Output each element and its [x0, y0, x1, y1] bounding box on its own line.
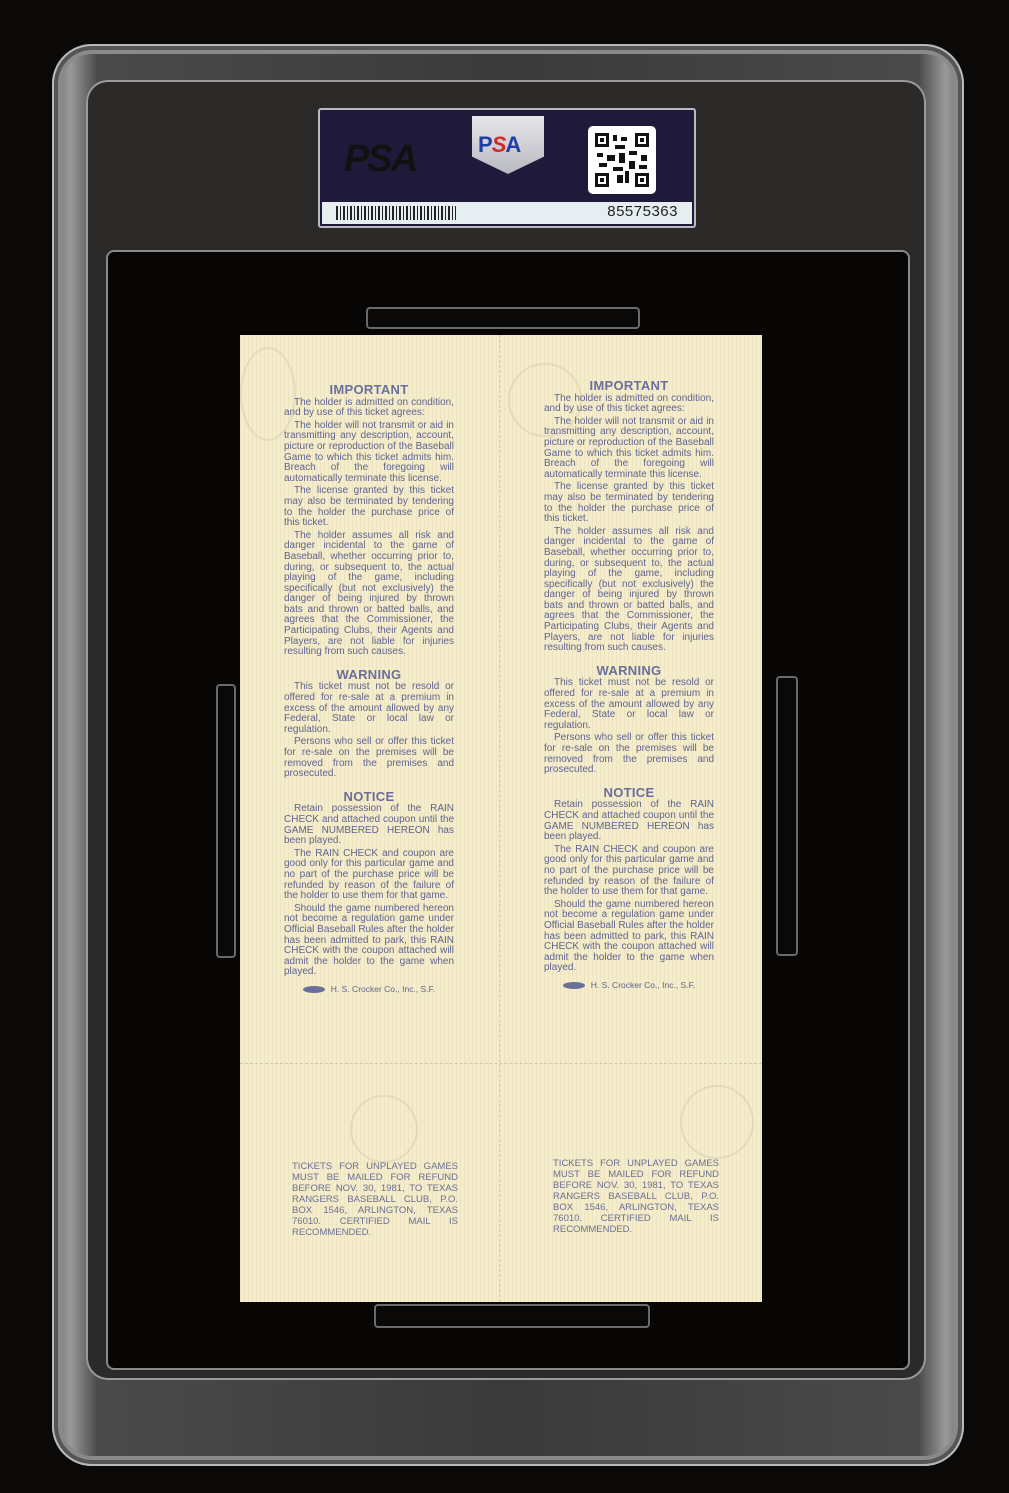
eagle-seal-watermark — [680, 1085, 754, 1159]
notice-paragraph: The RAIN CHECK and coupon are good only … — [284, 849, 454, 902]
printer-credit: H. S. Crocker Co., Inc., S.F. — [544, 980, 714, 991]
psa-watermark-logo: PSA — [344, 138, 416, 181]
psa-label: PSA PSA 85575363 — [318, 108, 696, 228]
warning-paragraph: Persons who sell or offer this ticket fo… — [284, 737, 454, 779]
notice-paragraph: The RAIN CHECK and coupon are good only … — [544, 845, 714, 898]
printer-logo-icon — [303, 986, 325, 993]
important-paragraph: The holder is admitted on condition, and… — [544, 394, 714, 415]
important-paragraph: The holder is admitted on condition, and… — [284, 398, 454, 419]
stub-right-terms: IMPORTANT The holder is admitted on cond… — [544, 381, 714, 990]
notice-paragraph: Retain possession of the RAIN CHECK and … — [544, 800, 714, 842]
warning-heading: WARNING — [284, 670, 454, 681]
printer-name: H. S. Crocker Co., Inc., S.F. — [591, 980, 695, 990]
warning-paragraph: This ticket must not be resold or offere… — [544, 678, 714, 731]
important-paragraph: The license granted by this ticket may a… — [544, 482, 714, 524]
ticket-back: IMPORTANT The holder is admitted on cond… — [240, 335, 762, 1302]
warning-paragraph: Persons who sell or offer this ticket fo… — [544, 733, 714, 775]
refund-notice-left: Tickets for unplayed games must be maile… — [292, 1161, 458, 1238]
important-paragraph: The holder assumes all risk and danger i… — [284, 531, 454, 658]
refund-notice-right: Tickets for unplayed games must be maile… — [553, 1158, 719, 1235]
warning-paragraph: This ticket must not be resold or offere… — [284, 682, 454, 735]
qr-code-icon[interactable] — [588, 126, 656, 194]
notice-paragraph: Should the game numbered hereon not beco… — [284, 904, 454, 978]
important-heading: IMPORTANT — [284, 385, 454, 396]
stub-left-terms: IMPORTANT The holder is admitted on cond… — [284, 385, 454, 994]
psa-shield-logo-icon: PSA — [472, 116, 544, 174]
label-barcode-strip: 85575363 — [322, 202, 692, 224]
notice-paragraph: Should the game numbered hereon not beco… — [544, 900, 714, 974]
barcode-icon — [336, 206, 456, 220]
printer-name: H. S. Crocker Co., Inc., S.F. — [331, 984, 435, 994]
printer-credit: H. S. Crocker Co., Inc., S.F. — [284, 984, 454, 995]
perforation-horizontal — [240, 1063, 762, 1064]
notice-paragraph: Retain possession of the RAIN CHECK and … — [284, 804, 454, 846]
seal-watermark — [350, 1095, 418, 1163]
cert-number: 85575363 — [607, 203, 678, 220]
left-rail — [216, 684, 236, 958]
important-paragraph: The license granted by this ticket may a… — [284, 486, 454, 528]
right-rail — [776, 676, 798, 956]
important-paragraph: The holder will not transmit or aid in t… — [544, 417, 714, 481]
important-heading: IMPORTANT — [544, 381, 714, 392]
important-paragraph: The holder assumes all risk and danger i… — [544, 527, 714, 654]
top-rail — [366, 307, 640, 329]
important-paragraph: The holder will not transmit or aid in t… — [284, 421, 454, 485]
notice-heading: NOTICE — [544, 788, 714, 799]
printer-logo-icon — [563, 982, 585, 989]
bottom-rail — [374, 1304, 650, 1328]
perforation-vertical — [499, 335, 500, 1302]
notice-heading: NOTICE — [284, 792, 454, 803]
warning-heading: WARNING — [544, 666, 714, 677]
